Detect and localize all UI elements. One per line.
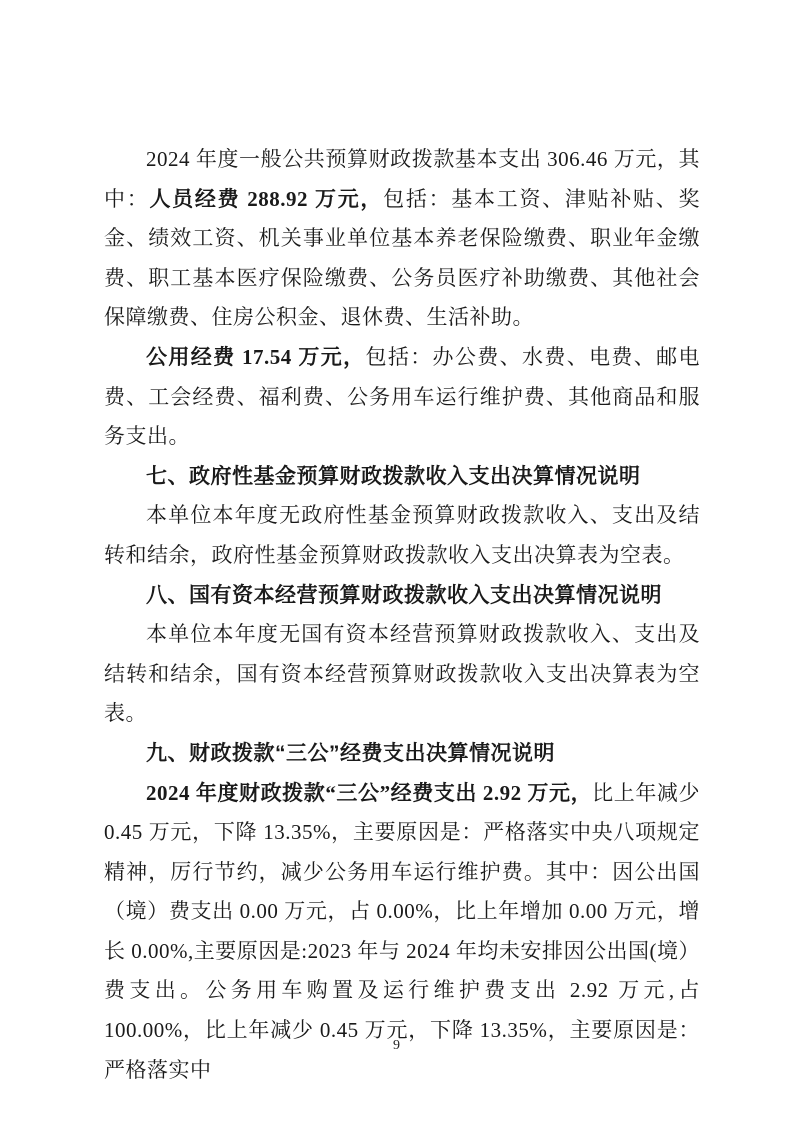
three-public-rest: 比上年减少 0.45 万元，下降 13.35%，主要原因是：严格落实中央八项规定… [104, 781, 700, 1082]
paragraph-section-seven: 本单位本年度无政府性基金预算财政拨款收入、支出及结转和结余，政府性基金预算财政拨… [104, 496, 700, 575]
document-body: 2024 年度一般公共预算财政拨款基本支出 306.46 万元，其中：人员经费 … [104, 140, 700, 1090]
paragraph-basic-expenditure: 2024 年度一般公共预算财政拨款基本支出 306.46 万元，其中：人员经费 … [104, 140, 700, 338]
paragraph-public-funds: 公用经费 17.54 万元，包括：办公费、水费、电费、邮电费、工会经费、福利费、… [104, 338, 700, 457]
page-number: 9 [0, 1038, 793, 1054]
document-page: 2024 年度一般公共预算财政拨款基本支出 306.46 万元，其中：人员经费 … [0, 0, 793, 1122]
paragraph-section-eight: 本单位本年度无国有资本经营预算财政拨款收入、支出及结转和结余，国有资本经营预算财… [104, 615, 700, 734]
heading-section-nine: 九、财政拨款“三公”经费支出决算情况说明 [104, 734, 700, 774]
heading-section-seven: 七、政府性基金预算财政拨款收入支出决算情况说明 [104, 457, 700, 497]
three-public-bold: 2024 年度财政拨款“三公”经费支出 2.92 万元， [146, 781, 592, 805]
public-funds-bold: 公用经费 17.54 万元， [146, 345, 365, 369]
personnel-funds-bold: 人员经费 288.92 万元， [149, 187, 383, 211]
heading-section-eight: 八、国有资本经营预算财政拨款收入支出决算情况说明 [104, 576, 700, 616]
